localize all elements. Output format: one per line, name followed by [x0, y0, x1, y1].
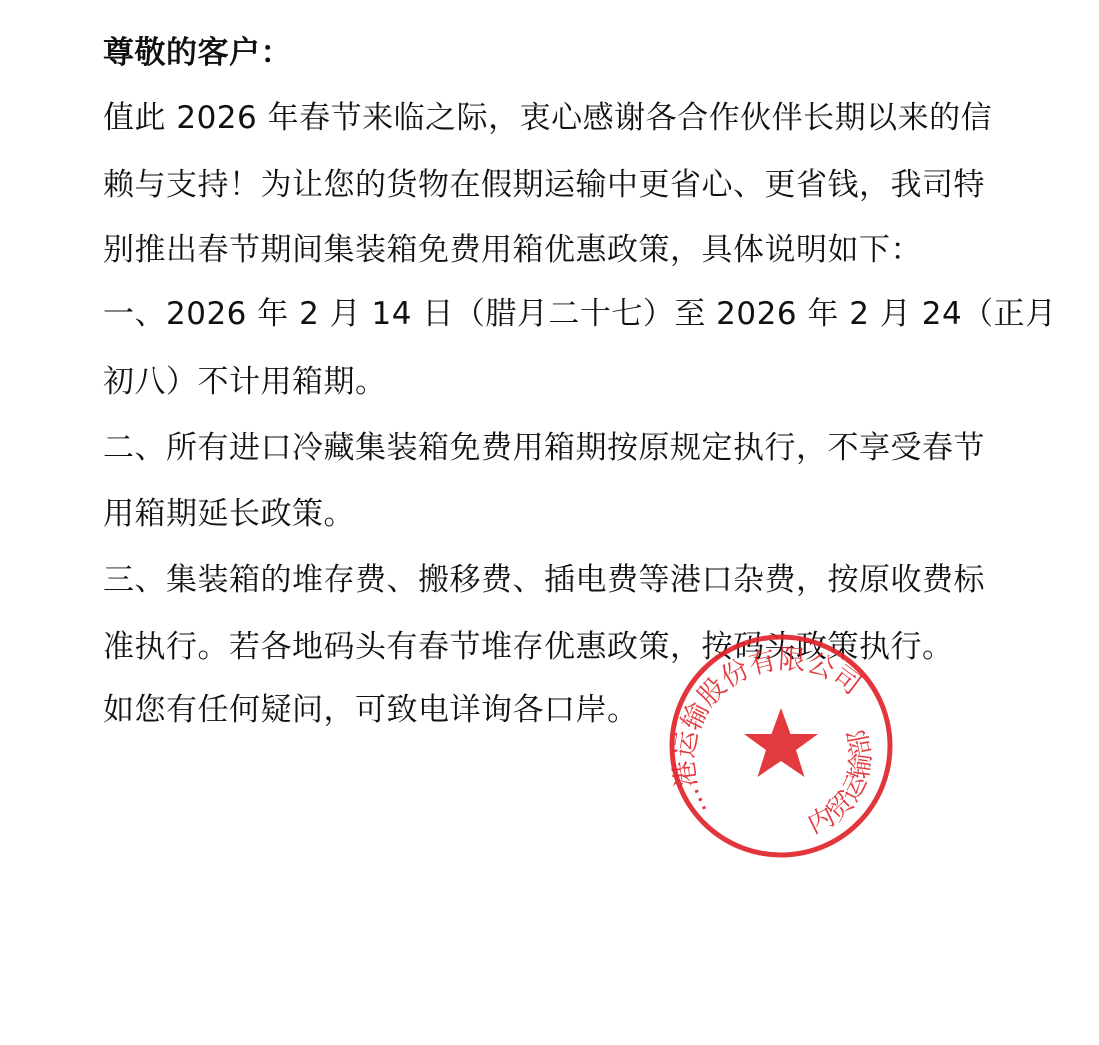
item-2-line: 二、所有进口冷藏集装箱免费用箱期按原规定执行，不享受春节: [103, 428, 985, 468]
closing-line: 如您有任何疑问，可致电详询各口岸。: [103, 690, 639, 730]
seal-inner-text: 内贸运输部: [803, 727, 877, 840]
item-2-line: 用箱期延长政策。: [103, 494, 355, 534]
item-1-line: 初八）不计用箱期。: [103, 362, 387, 402]
item-3-line: 三、集装箱的堆存费、搬移费、插电费等港口杂费，按原收费标: [103, 560, 985, 600]
paragraph-line: 赖与支持！为让您的货物在假期运输中更省心、更省钱，我司特: [103, 165, 985, 205]
item-1-line: 一、2026 年 2 月 14 日（腊月二十七）至 2026 年 2 月 24（…: [103, 294, 1057, 334]
company-seal-stamp: …港运输股份有限公司 内贸运输部: [665, 630, 897, 862]
paragraph-line: 别推出春节期间集装箱免费用箱优惠政策，具体说明如下：: [103, 230, 922, 270]
star-icon: [744, 708, 818, 777]
greeting: 尊敬的客户：: [103, 33, 292, 73]
paragraph-line: 值此 2026 年春节来临之际，衷心感谢各合作伙伴长期以来的信: [103, 98, 992, 138]
